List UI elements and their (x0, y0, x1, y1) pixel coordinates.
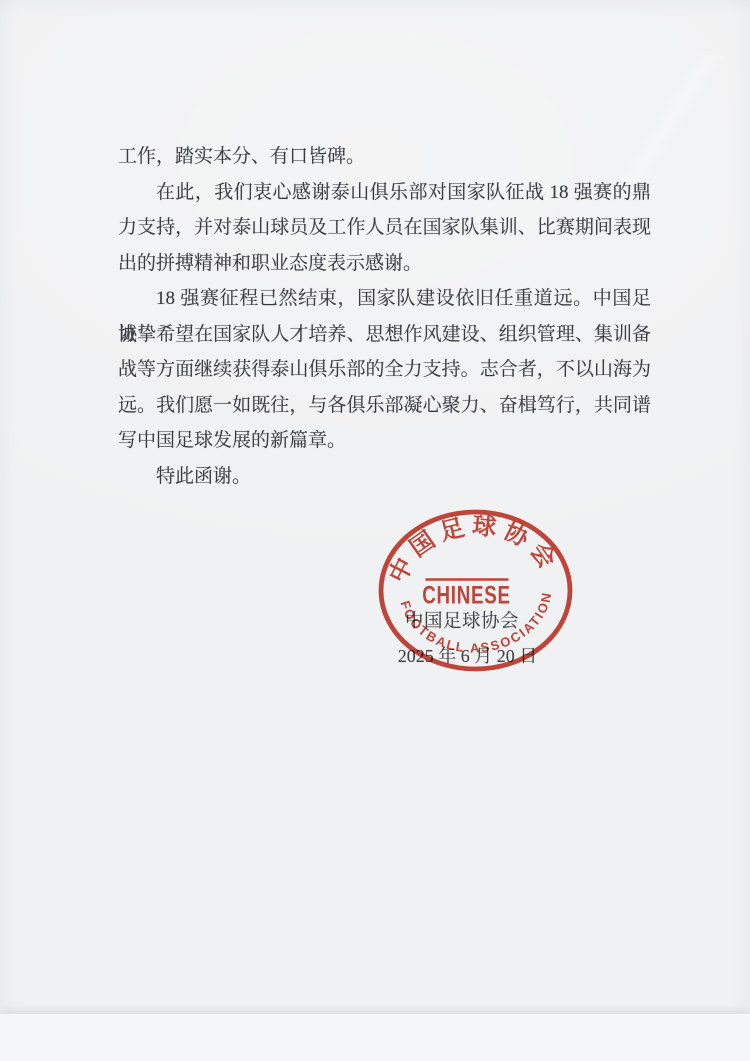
letter-line-1: 工作，踏实本分、有口皆碑。 (118, 139, 651, 175)
letter-line-8: 远。我们愿一如既往，与各俱乐部凝心聚力、奋楫笃行，共同谱 (118, 388, 651, 424)
letter-line-3: 力支持，并对泰山球员及工作人员在国家队集训、比赛期间表现 (118, 210, 651, 246)
letter-line-9: 写中国足球发展的新篇章。 (118, 423, 651, 459)
page-bottom-fold (0, 1013, 750, 1061)
stamp-center-label: CHINESE (422, 581, 511, 609)
stamp-top-arc-label: 中国足球协会 (380, 506, 565, 589)
letter-line-4: 出的拼搏精神和职业态度表示感谢。 (118, 246, 651, 282)
letter-line-10: 特此函谢。 (118, 459, 651, 495)
letter-body: 工作，踏实本分、有口皆碑。 在此，我们衷心感谢泰山俱乐部对国家队征战 18 强赛… (118, 139, 651, 494)
official-seal-stamp: 中国足球协会 FOOTBALL ASSOCIATION CHINESE (370, 494, 581, 687)
scanned-letter-page: 工作，踏实本分、有口皆碑。 在此，我们衷心感谢泰山俱乐部对国家队征战 18 强赛… (0, 0, 750, 1061)
letter-line-5: 18 强赛征程已然结束，国家队建设依旧任重道远。中国足协 (118, 281, 651, 317)
letter-line-2: 在此，我们衷心感谢泰山俱乐部对国家队征战 18 强赛的鼎 (118, 175, 651, 211)
letter-line-7: 战等方面继续获得泰山俱乐部的全力支持。志合者，不以山海为 (118, 352, 651, 388)
letter-line-6: 诚挚希望在国家队人才培养、思想作风建设、组织管理、集训备 (118, 317, 651, 353)
